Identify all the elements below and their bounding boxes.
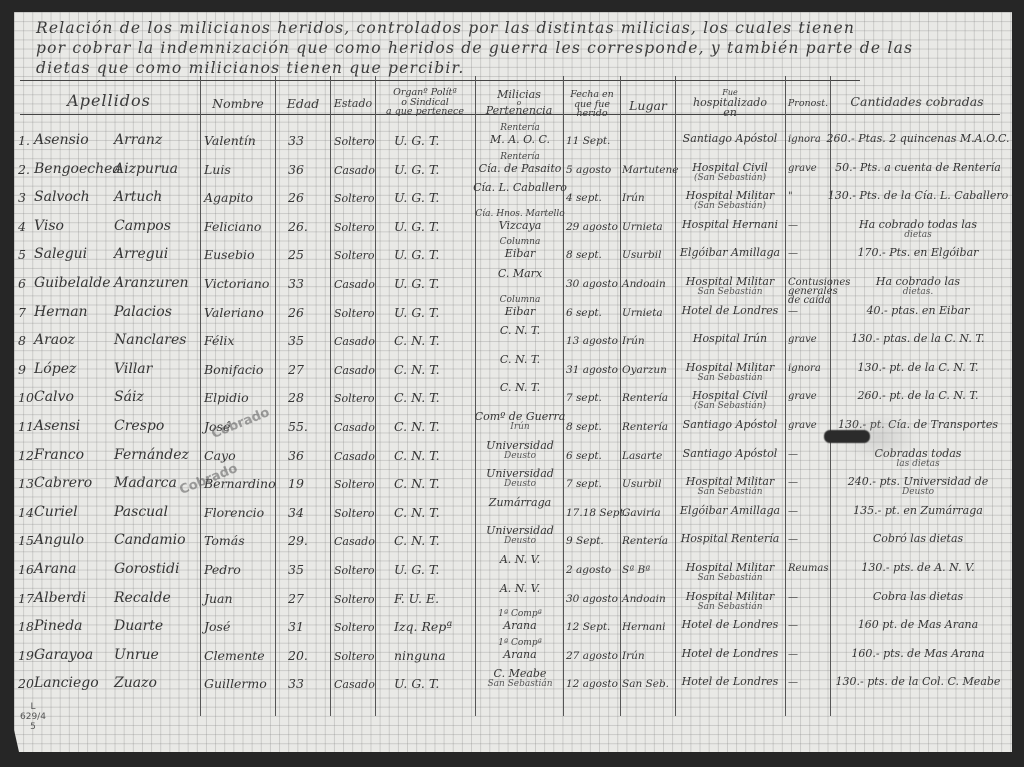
date-wounded: 13 agosto [566,335,618,348]
second-surname: Crespo [114,420,164,433]
first-name: Valeriano [204,306,264,319]
row-number: 15 [18,534,34,547]
header-organizacion: Organº Polítª o Sindical a que pertenece [376,88,474,117]
second-surname: Campos [114,220,171,233]
marital-status: Casado [334,335,375,348]
militia: C. Meabe San Sebastián [477,667,563,689]
date-wounded: 29 agosto [566,221,618,234]
first-name: Guillermo [204,677,267,690]
amount-collected: 160.- pts. de Mas Arana [832,647,1004,660]
amount-collected: 40.- ptas. en Eibar [832,304,1004,317]
first-surname: Arana [34,563,77,576]
age: 33 [288,677,304,690]
first-surname: López [34,363,76,376]
place: Irún [622,192,645,205]
hospital: Hospital Militar San Sebastián [676,590,784,612]
second-surname: Zuazo [114,677,157,690]
marital-status: Soltero [334,307,375,320]
date-wounded: 2 agosto [566,564,611,577]
militia: Universidad Deusto [477,467,563,489]
place: Andoain [622,593,666,606]
prognosis: Reumas [788,564,832,573]
age: 35 [288,563,304,576]
organization: U. G. T. [394,248,439,261]
second-surname: Sáiz [114,391,144,404]
first-name: Elpidio [204,391,249,404]
document-title: Relación de los milicianos heridos, cont… [36,18,996,78]
organization: Izq. Repª [394,620,452,633]
place: Martutene [622,164,678,177]
row-number: 13 [18,477,34,490]
place: Gaviria [622,507,661,520]
second-surname: Nanclares [114,334,186,347]
first-name: Victoriano [204,277,269,290]
organization: F. U. E. [394,592,439,605]
second-surname: Duarte [114,620,163,633]
militia: Rentería M. A. O. C. [477,124,563,146]
marital-status: Soltero [334,564,375,577]
marital-status: Casado [334,535,375,548]
place: Andoain [622,278,666,291]
title-line-2: por cobrar la indemnización que como her… [36,38,996,58]
header-pronostico: Pronost. [786,98,830,109]
marital-status: Casado [334,364,375,377]
header-milicias: Milicias o Pertenencia [476,90,562,116]
first-name: Valentín [204,134,256,147]
organization: C. N. T. [394,477,440,490]
row-number: 18 [18,620,34,633]
second-surname: Artuch [114,191,162,204]
header-cantidades: Cantidades cobradas [832,96,1002,107]
militia: C. N. T. [477,324,563,337]
age: 19 [288,477,304,490]
header-edad: Edad [277,98,329,109]
hospital: Santiago Apóstol [676,132,784,145]
place: Usurbil [622,478,661,491]
first-surname: Hernan [34,306,88,319]
second-surname: Villar [114,363,152,376]
amount-collected: 130.- pts. de A. N. V. [832,561,1004,574]
age: 31 [288,620,304,633]
marital-status: Soltero [334,135,375,148]
age: 33 [288,277,304,290]
date-wounded: 9 Sept. [566,535,604,548]
row-number: 7 [18,306,26,319]
first-surname: Franco [34,449,84,462]
second-surname: Recalde [114,592,171,605]
second-surname: Arranz [114,134,162,147]
militia: 1ª Compª Arana [477,639,563,661]
hospital: Hotel de Londres [676,675,784,688]
place: Irún [622,335,645,348]
date-wounded: 12 agosto [566,678,618,691]
age: 27 [288,592,304,605]
prognosis: grave [788,421,832,430]
age: 28 [288,391,304,404]
amount-collected: 130.- pts. de la Col. C. Meabe [832,675,1004,688]
marital-status: Casado [334,421,375,434]
militia: Zumárraga [477,496,563,509]
hospital: Santiago Apóstol [676,447,784,460]
militia: Comº de Guerra Irún [477,410,563,432]
amount-collected: 260.- Ptas. 2 quincenas M.A.O.C. [832,132,1004,145]
militia: A. N. V. [477,553,563,566]
hospital: Hospital Rentería [676,532,784,545]
age: 27 [288,363,304,376]
date-wounded: 27 agosto [566,650,618,663]
ink-blot [824,430,870,443]
row-number: 12 [18,449,34,462]
organization: U. G. T. [394,306,439,319]
place: Lasarte [622,450,662,463]
militia: Cía. L. Caballero [477,181,563,194]
row-number: 19 [18,649,34,662]
amount-collected: Cobró las dietas [832,532,1004,545]
prognosis: — [788,249,832,258]
second-surname: Unrue [114,649,159,662]
militia: Rentería Cía. de Pasaito [477,153,563,175]
organization: U. G. T. [394,163,439,176]
place: Irún [622,650,645,663]
date-wounded: 11 Sept. [566,135,610,148]
row-number: 10 [18,391,34,404]
age: 26 [288,191,304,204]
militia: Universidad Deusto [477,524,563,546]
marital-status: Soltero [334,478,375,491]
header-apellidos: Apellidos [34,92,184,110]
second-surname: Madarca [114,477,177,490]
age: 36 [288,449,304,462]
hospital: Elgóibar Amillaga [676,504,784,517]
date-wounded: 12 Sept. [566,621,610,634]
place: Rentería [622,535,668,548]
row-number: 6 [18,277,26,290]
prognosis: — [788,650,832,659]
hospital: Hospital Civil (San Sebastián) [676,161,784,183]
date-wounded: 30 agosto [566,278,618,291]
second-surname: Arregui [114,248,168,261]
organization: ninguna [394,649,446,662]
organization: U. G. T. [394,191,439,204]
marital-status: Casado [334,450,375,463]
hospital: Hospital Militar San Sebastián [676,275,784,297]
first-surname: Salvoch [34,191,90,204]
hospital: Hospital Militar San Sebastián [676,561,784,583]
amount-collected: 130.- Pts. de la Cía. L. Caballero [832,189,1004,202]
organization: C. N. T. [394,334,440,347]
first-name: Pedro [204,563,241,576]
first-surname: Angulo [34,534,84,547]
row-number: 4 [18,220,26,233]
militia: Columna Eibar [477,296,563,318]
place: Rentería [622,392,668,405]
marital-status: Casado [334,164,375,177]
marital-status: Soltero [334,392,375,405]
first-name: Bonifacio [204,363,263,376]
row-number: 16 [18,563,34,576]
first-surname: Garayoa [34,649,93,662]
first-surname: Cabrero [34,477,92,490]
marital-status: Soltero [334,507,375,520]
age: 35 [288,334,304,347]
hospital: Hotel de Londres [676,304,784,317]
date-wounded: 4 sept. [566,192,602,205]
first-name: Eusebio [204,248,255,261]
age: 34 [288,506,304,519]
prognosis: — [788,478,832,487]
title-line-1: Relación de los milicianos heridos, cont… [36,18,996,38]
prognosis: — [788,535,832,544]
hospital: Hospital Civil (San Sebastián) [676,389,784,411]
hospital: Elgóibar Amillaga [676,246,784,259]
militia: Universidad Deusto [477,439,563,461]
organization: C. N. T. [394,420,440,433]
first-surname: Curiel [34,506,78,519]
header-estado: Estado [332,98,374,109]
place: Oyarzun [622,364,667,377]
marital-status: Soltero [334,650,375,663]
militia: C. N. T. [477,381,563,394]
row-number: 8 [18,334,26,347]
amount-collected: 240.- pts. Universidad de Deusto [832,475,1004,497]
row-number: 11 [18,420,34,433]
first-surname: Asensi [34,420,80,433]
organization: U. G. T. [394,220,439,233]
header-lugar: Lugar [621,100,675,111]
hospital: Hospital Irún [676,332,784,345]
militia: C. Marx [477,267,563,280]
title-line-3: dietas que como milicianos tienen que pe… [36,58,996,78]
date-wounded: 6 sept. [566,307,602,320]
header-fecha: Fecha en que fue herido [564,90,620,119]
militia: 1ª Compª Arana [477,610,563,632]
organization: U. G. T. [394,277,439,290]
archive-reference: L 629/4 5 [20,702,46,732]
amount-collected: 170.- Pts. en Elgóibar [832,246,1004,259]
age: 33 [288,134,304,147]
row-number: 5 [18,248,26,261]
first-surname: Alberdi [34,592,86,605]
first-surname: Pineda [34,620,83,633]
marital-status: Soltero [334,621,375,634]
row-number: 17 [18,592,34,605]
marital-status: Casado [334,678,375,691]
first-surname: Viso [34,220,64,233]
prognosis: grave [788,164,832,173]
prognosis: grave [788,392,832,401]
first-name: Agapito [204,191,253,204]
row-number: 9 [18,363,26,376]
marital-status: Soltero [334,192,375,205]
date-wounded: 17.18 Sept. [566,507,627,520]
amount-collected: Cobra las dietas [832,590,1004,603]
hospital: Hospital Militar San Sebastián [676,475,784,497]
second-surname: Fernández [114,449,189,462]
prognosis: — [788,593,832,602]
first-surname: Salegui [34,248,87,261]
first-surname: Bengoechea [34,163,121,176]
hospital: Hotel de Londres [676,618,784,631]
row-number: 3 [18,191,26,204]
row-number: 2. [18,163,30,176]
age: 55. [288,420,308,433]
first-surname: Guibelalde [34,277,110,290]
age: 36 [288,163,304,176]
first-name: Juan [204,592,233,605]
place: Rentería [622,421,668,434]
prognosis: " [788,192,832,201]
document-page: Relación de los milicianos heridos, cont… [14,12,1012,752]
date-wounded: 8 sept. [566,249,602,262]
place: Urnieta [622,307,663,320]
age: 29. [288,534,308,547]
row-number: 20 [18,677,34,690]
militia: Columna Eibar [477,238,563,260]
prognosis: ignora [788,364,832,373]
date-wounded: 7 sept. [566,478,602,491]
place: Urnieta [622,221,663,234]
marital-status: Soltero [334,593,375,606]
marital-status: Casado [334,278,375,291]
amount-collected: Ha cobrado todas las dietas [832,218,1004,240]
second-surname: Pascual [114,506,168,519]
prognosis: ignora [788,135,832,144]
hospital: Hospital Militar (San Sebastián) [676,189,784,211]
date-wounded: 5 agosto [566,164,611,177]
date-wounded: 7 sept. [566,392,602,405]
date-wounded: 6 sept. [566,450,602,463]
amount-collected: 135.- pt. en Zumárraga [832,504,1004,517]
second-surname: Palacios [114,306,172,319]
amount-collected: Ha cobrado las dietas. [832,275,1004,297]
prognosis: — [788,221,832,230]
marital-status: Soltero [334,249,375,262]
first-name: Florencio [204,506,264,519]
title-rule [20,80,860,81]
first-surname: Asensio [34,134,89,147]
prognosis: — [788,678,832,687]
organization: C. N. T. [394,363,440,376]
hospital: Hospital Hernani [676,218,784,231]
militia: C. N. T. [477,353,563,366]
date-wounded: 31 agosto [566,364,618,377]
militia: Cía. Hnos. Martello Vizcaya [477,210,563,232]
organization: C. N. T. [394,391,440,404]
prognosis: — [788,507,832,516]
age: 26. [288,220,308,233]
organization: U. G. T. [394,677,439,690]
second-surname: Gorostidi [114,563,179,576]
amount-collected: 130.- pt. de la C. N. T. [832,361,1004,374]
first-name: Clemente [204,649,265,662]
first-name: Feliciano [204,220,261,233]
second-surname: Aizpurua [114,163,178,176]
amount-collected: 160 pt. de Mas Arana [832,618,1004,631]
second-surname: Candamio [114,534,186,547]
prognosis: grave [788,335,832,344]
organization: U. G. T. [394,134,439,147]
age: 25 [288,248,304,261]
date-wounded: 8 sept. [566,421,602,434]
header-hospitalizado: Fue hospitalizado en [676,88,784,118]
prognosis: — [788,621,832,630]
table-row: 20 Lanciego Zuazo Guillermo 33 Casado U.… [14,673,1012,704]
organization: C. N. T. [394,534,440,547]
first-surname: Calvo [34,391,74,404]
first-surname: Lanciego [34,677,99,690]
age: 20. [288,649,308,662]
first-name: Félix [204,334,234,347]
second-surname: Aranzuren [114,277,189,290]
row-number: 14 [18,506,34,519]
first-name: Cayo [204,449,236,462]
prognosis: — [788,450,832,459]
first-name: Tomás [204,534,245,547]
organization: C. N. T. [394,449,440,462]
marital-status: Soltero [334,221,375,234]
place: Hernani [622,621,666,634]
hospital: Santiago Apóstol [676,418,784,431]
militia: A. N. V. [477,582,563,595]
place: San Seb. [622,678,669,691]
place: Sª Bª [622,564,650,577]
header-nombre: Nombre [202,98,274,109]
hospital: Hospital Militar San Sebastián [676,361,784,383]
organization: C. N. T. [394,506,440,519]
first-name: José [204,620,230,633]
amount-collected: 130.- ptas. de la C. N. T. [832,332,1004,345]
prognosis: — [788,307,832,316]
organization: U. G. T. [394,563,439,576]
amount-collected: 260.- pt. de la C. N. T. [832,389,1004,402]
age: 26 [288,306,304,319]
hospital: Hotel de Londres [676,647,784,660]
first-surname: Araoz [34,334,75,347]
first-name: Luis [204,163,231,176]
row-number: 1. [18,134,30,147]
date-wounded: 30 agosto [566,593,618,606]
place: Usurbil [622,249,661,262]
amount-collected: 50.- Pts. a cuenta de Rentería [832,161,1004,174]
